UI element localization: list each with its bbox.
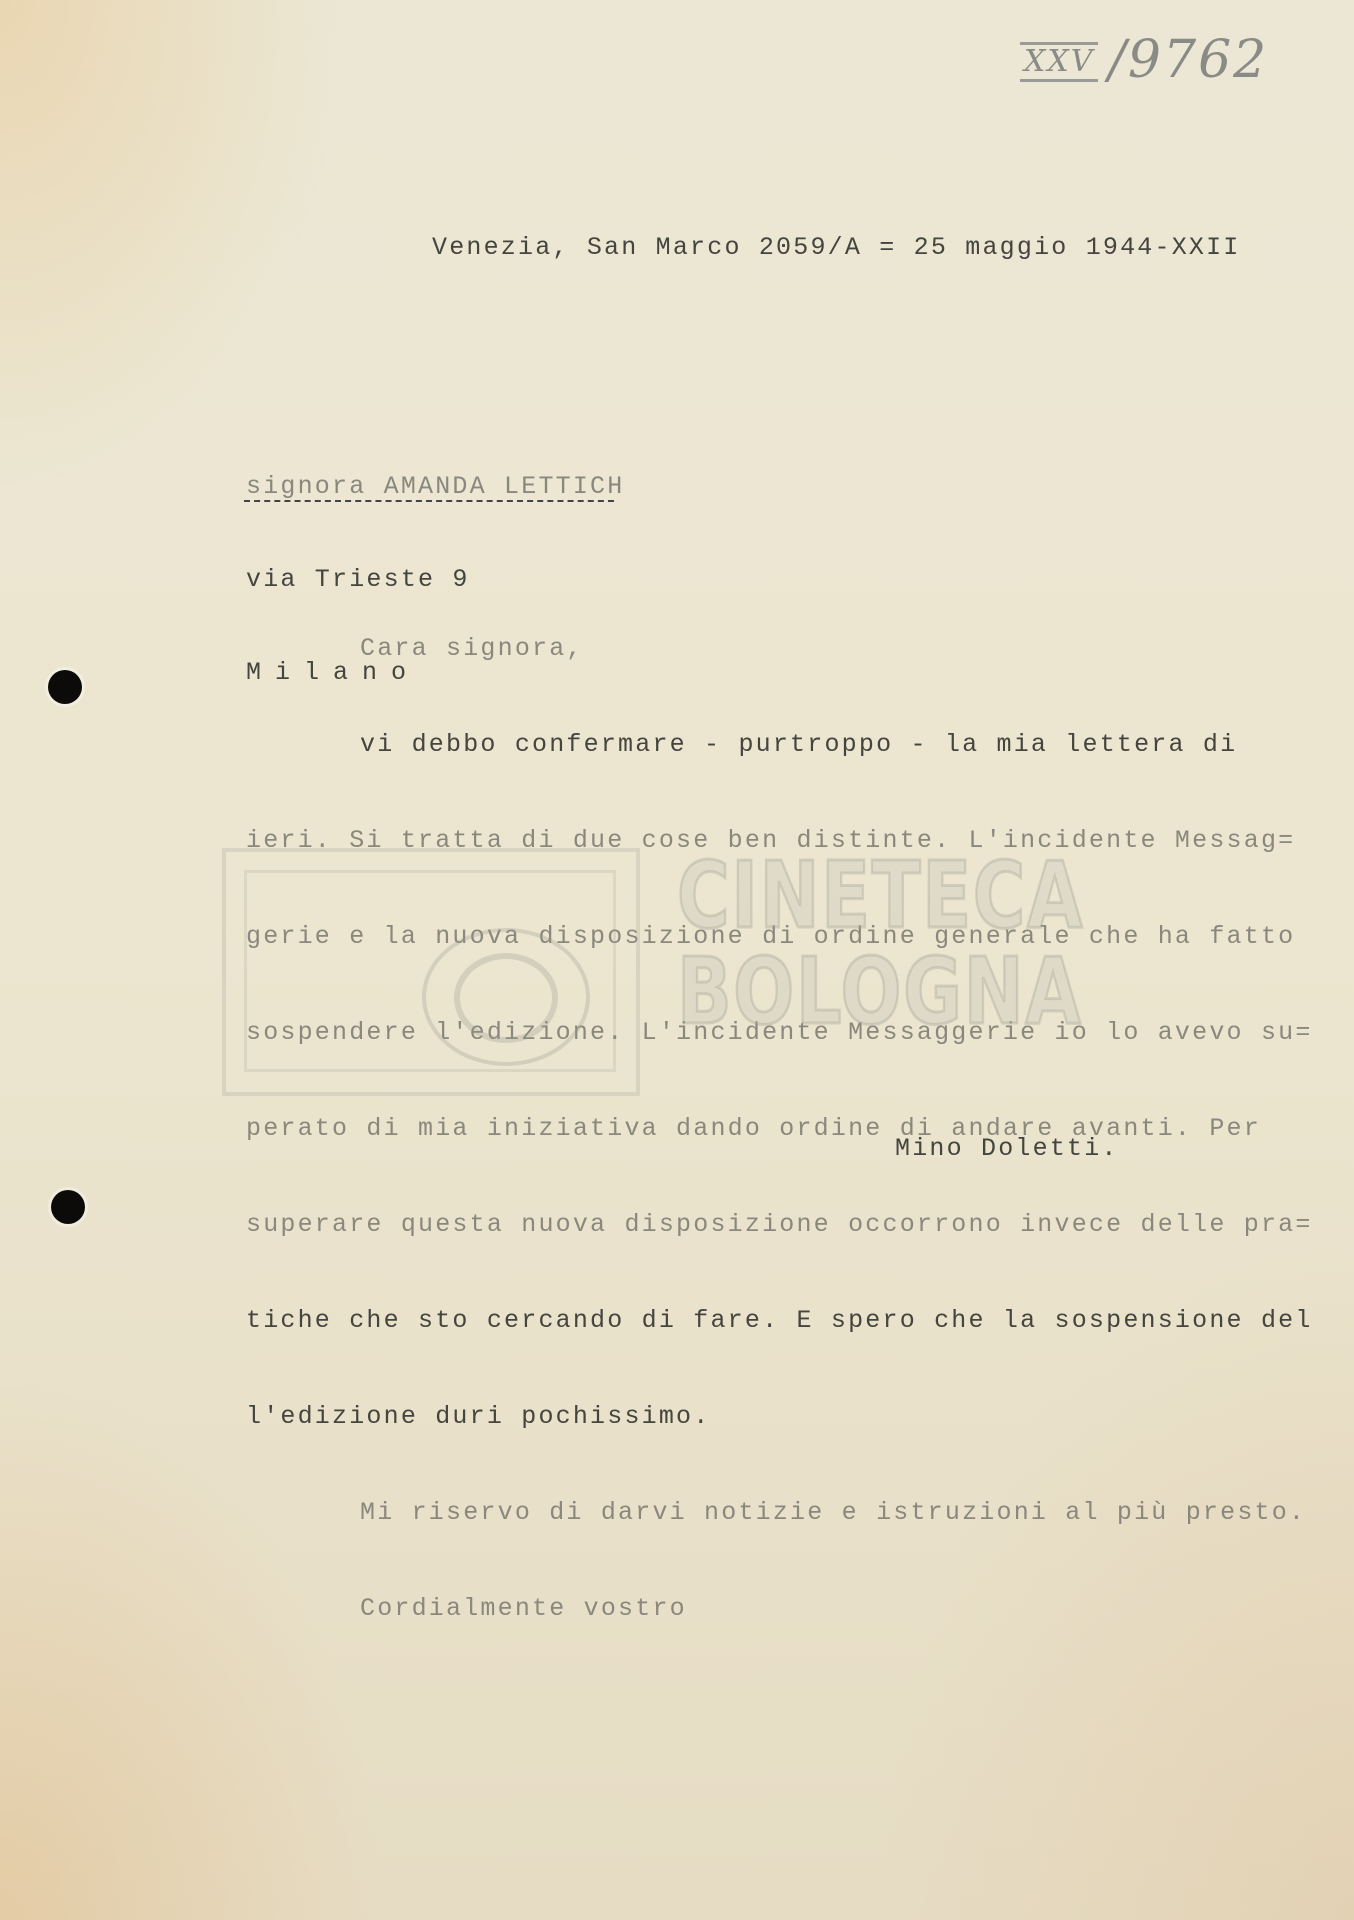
dateline: Venezia, San Marco 2059/A = 25 maggio 19… xyxy=(432,233,1241,262)
body-line: superare questa nuova disposizione occor… xyxy=(246,1209,1313,1241)
body-line: ieri. Si tratta di due cose ben distinte… xyxy=(246,825,1313,857)
body-line: gerie e la nuova disposizione di ordine … xyxy=(246,921,1313,953)
valediction: Cordialmente vostro xyxy=(246,1593,1313,1625)
archive-number: /9762 xyxy=(1108,30,1268,90)
address-underline xyxy=(244,500,614,502)
struck-archive-code: XXV xyxy=(1020,42,1098,82)
body-line: perato di mia iniziativa dando ordine di… xyxy=(246,1113,1313,1145)
letter-body: Cara signora, vi debbo confermare - purt… xyxy=(246,569,1313,1689)
recipient-name: signora AMANDA LETTICH xyxy=(246,471,624,502)
archive-number-annotation: XXV/9762 xyxy=(1020,30,1268,90)
punch-hole-icon xyxy=(51,1190,85,1224)
signature: Mino Doletti. xyxy=(895,1134,1119,1163)
letter-page: XXV/9762 Venezia, San Marco 2059/A = 25 … xyxy=(0,0,1354,1920)
body-line: sospendere l'edizione. L'incidente Messa… xyxy=(246,1017,1313,1049)
body-line: vi debbo confermare - purtroppo - la mia… xyxy=(246,729,1313,761)
punch-hole-icon xyxy=(48,670,82,704)
closing-line: Mi riservo di darvi notizie e istruzioni… xyxy=(246,1497,1313,1529)
salutation: Cara signora, xyxy=(246,633,1313,665)
body-line: tiche che sto cercando di fare. E spero … xyxy=(246,1305,1313,1337)
body-line: l'edizione duri pochissimo. xyxy=(246,1401,1313,1433)
